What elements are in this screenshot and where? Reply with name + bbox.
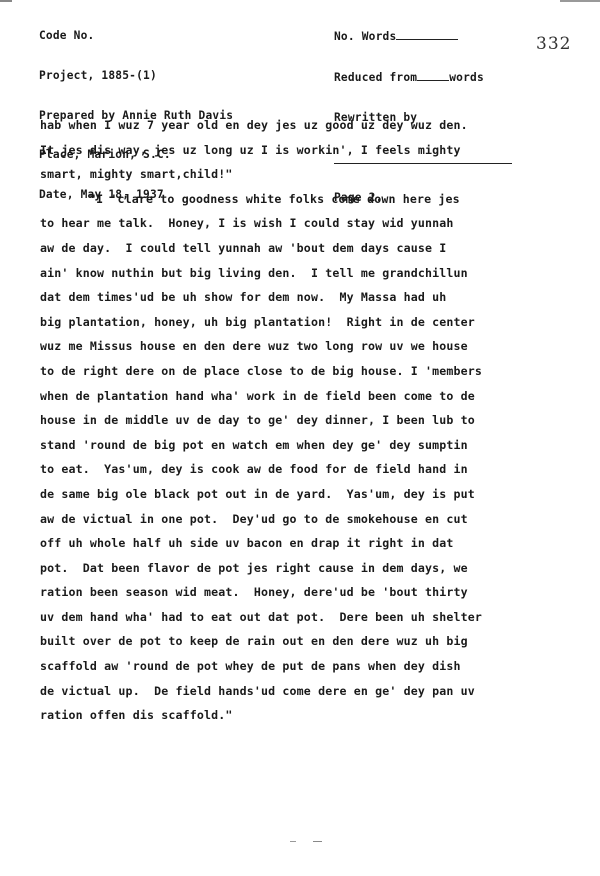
text-line: to eat. Yas'um, dey is cook aw de food f… — [40, 457, 580, 482]
footer-mark — [313, 841, 322, 842]
text-line: ain' know nuthin but big living den. I t… — [40, 261, 580, 286]
text-line: de victual up. De field hands'ud come de… — [40, 679, 580, 704]
text-line: hab when I wuz 7 year old en dey jes uz … — [40, 113, 580, 138]
text-line: pot. Dat been flavor de pot jes right ca… — [40, 556, 580, 581]
text-line: built over de pot to keep de rain out en… — [40, 629, 580, 654]
reduced-words-label: words — [449, 71, 484, 84]
reduced-from-field: Reduced fromwords — [334, 70, 512, 84]
no-words-label: No. Words — [334, 30, 396, 43]
no-words-blank — [396, 29, 458, 40]
text-line: ration offen dis scaffold." — [40, 703, 580, 728]
text-line: when de plantation hand wha' work in de … — [40, 384, 580, 409]
scan-edge-line — [0, 0, 600, 2]
code-no-field: Code No. — [39, 29, 233, 42]
text-line: off uh whole half uh side uv bacon en dr… — [40, 531, 580, 556]
text-line: dat dem times'ud be uh show for dem now.… — [40, 285, 580, 310]
text-line: big plantation, honey, uh big plantation… — [40, 310, 580, 335]
no-words-field: No. Words — [334, 29, 512, 43]
text-line: to de right dere on de place close to de… — [40, 359, 580, 384]
project-field: Project, 1885-(1) — [39, 69, 233, 82]
text-line: smart, mighty smart,child!" — [40, 162, 580, 187]
text-line: scaffold aw 'round de pot whey de put de… — [40, 654, 580, 679]
text-line: aw de day. I could tell yunnah aw 'bout … — [40, 236, 580, 261]
handwritten-page-number: 332 — [536, 34, 571, 54]
text-line: stand 'round de big pot en watch em when… — [40, 433, 580, 458]
text-line: "I 'clare to goodness white folks come d… — [40, 187, 580, 212]
text-line: ration been season wid meat. Honey, dere… — [40, 580, 580, 605]
text-line: to hear me talk. Honey, I is wish I coul… — [40, 211, 580, 236]
text-line: uv dem hand wha' had to eat out dat pot.… — [40, 605, 580, 630]
text-line: de same big ole black pot out in de yard… — [40, 482, 580, 507]
text-line: It jes dis way, jes uz long uz I is work… — [40, 138, 580, 163]
footer-mark — [290, 841, 296, 842]
reduced-from-label: Reduced from — [334, 71, 417, 84]
reduced-from-blank — [417, 70, 449, 81]
narrative-body: hab when I wuz 7 year old en dey jes uz … — [40, 113, 580, 728]
text-line: house in de middle uv de day to ge' dey … — [40, 408, 580, 433]
text-line: aw de victual in one pot. Dey'ud go to d… — [40, 507, 580, 532]
text-line: wuz me Missus house en den dere wuz two … — [40, 334, 580, 359]
